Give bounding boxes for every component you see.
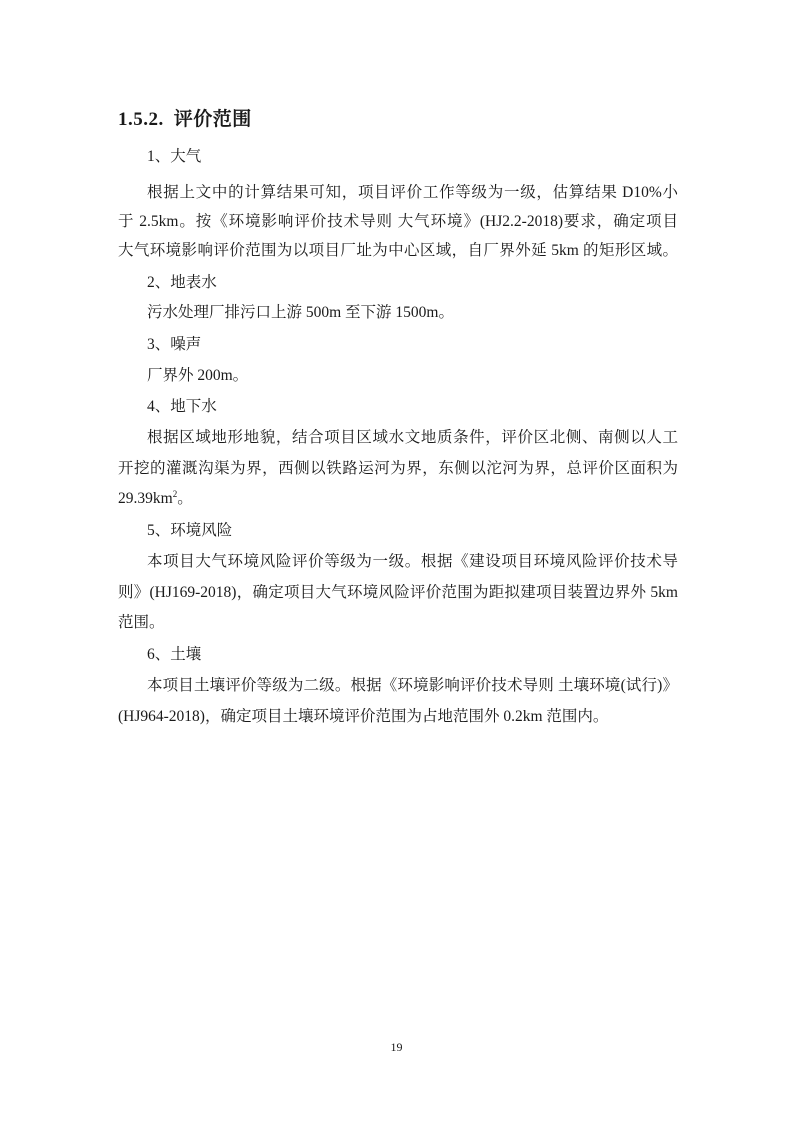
section-number: 1.5.2. — [118, 109, 164, 130]
area-value-line: 29.39km2。 — [118, 489, 678, 509]
item-heading-surface-water: 2、地表水 — [147, 273, 217, 293]
paragraph-line: 根据上文中的计算结果可知，项目评价工作等级为一级，估算结果 D10%小 — [147, 183, 678, 203]
paragraph-line: 根据区域地形地貌，结合项目区域水文地质条件，评价区北侧、南侧以人工 — [147, 428, 678, 448]
paragraph-line: 范围。 — [118, 613, 678, 633]
section-heading: 1.5.2.评价范围 — [118, 104, 252, 131]
paragraph-line: 大气环境影响评价范围为以项目厂址为中心区域，自厂界外延 5km 的矩形区域。 — [118, 241, 678, 261]
paragraph-line: 则》(HJ169-2018)，确定项目大气环境风险评价范围为距拟建项目装置边界外… — [118, 583, 678, 603]
item-heading-environmental-risk: 5、环境风险 — [147, 521, 232, 541]
item-heading-noise: 3、噪声 — [147, 335, 201, 355]
paragraph-line: 厂界外 200m。 — [147, 366, 248, 386]
paragraph-line: 本项目土壤评价等级为二级。根据《环境影响评价技术导则 土壤环境(试行)》 — [147, 676, 678, 696]
paragraph-line: 本项目大气环境风险评价等级为一级。根据《建设项目环境风险评价技术导 — [147, 552, 678, 572]
paragraph-line: (HJ964-2018)，确定项目土壤环境评价范围为占地范围外 0.2km 范围… — [118, 707, 678, 727]
section-title: 评价范围 — [174, 109, 252, 130]
item-heading-groundwater: 4、地下水 — [147, 397, 217, 417]
paragraph-line: 开挖的灌溉沟渠为界，西侧以铁路运河为界，东侧以沱河为界，总评价区面积为 — [118, 459, 678, 479]
paragraph-line: 于 2.5km。按《环境影响评价技术导则 大气环境》(HJ2.2-2018)要求… — [118, 212, 678, 232]
paragraph-line: 污水处理厂排污口上游 500m 至下游 1500m。 — [147, 303, 454, 323]
item-heading-atmosphere: 1、大气 — [147, 147, 201, 167]
area-value: 29.39km — [118, 490, 173, 507]
item-heading-soil: 6、土壤 — [147, 645, 201, 665]
area-tail: 。 — [177, 490, 193, 507]
page-number: 19 — [0, 1040, 793, 1055]
document-page: 1.5.2.评价范围 1、大气 根据上文中的计算结果可知，项目评价工作等级为一级… — [0, 0, 793, 1122]
